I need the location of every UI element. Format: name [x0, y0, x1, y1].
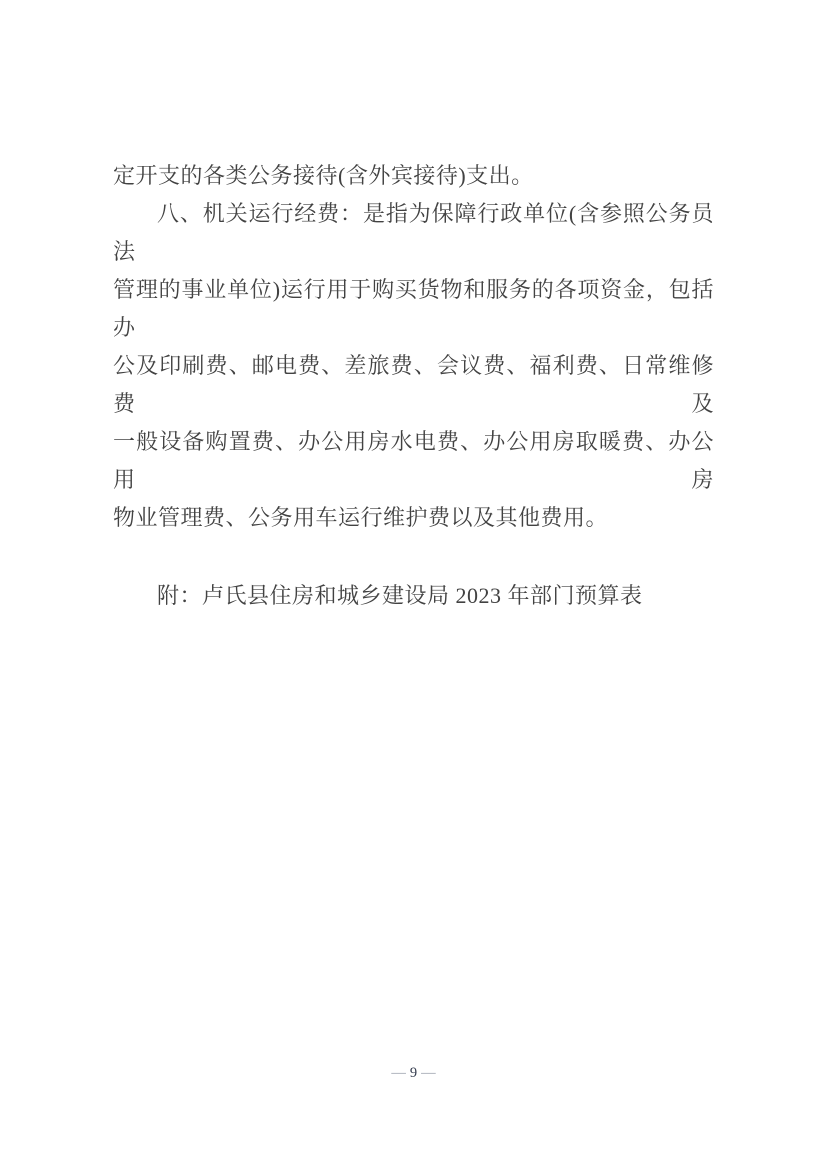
- body-line-1: 定开支的各类公务接待(含外宾接待)支出。: [113, 157, 714, 195]
- footer-dash-right: —: [421, 1065, 436, 1081]
- attachment-note: 附：卢氏县住房和城乡建设局 2023 年部门预算表: [113, 577, 714, 615]
- document-page: 定开支的各类公务接待(含外宾接待)支出。 八、机关运行经费：是指为保障行政单位(…: [0, 0, 827, 1169]
- body-line-5: 一般设备购置费、办公用房水电费、办公用房取暖费、办公用房: [113, 423, 714, 499]
- body-text-block: 定开支的各类公务接待(含外宾接待)支出。 八、机关运行经费：是指为保障行政单位(…: [113, 157, 714, 615]
- footer-dash-left: —: [391, 1065, 406, 1081]
- body-line-6: 物业管理费、公务用车运行维护费以及其他费用。: [113, 499, 714, 537]
- page-footer: —9—: [0, 1063, 827, 1083]
- body-line-2: 八、机关运行经费：是指为保障行政单位(含参照公务员法: [113, 195, 714, 271]
- page-number: 9: [410, 1065, 417, 1081]
- body-line-3: 管理的事业单位)运行用于购买货物和服务的各项资金，包括办: [113, 271, 714, 347]
- body-line-4: 公及印刷费、邮电费、差旅费、会议费、福利费、日常维修费及: [113, 347, 714, 423]
